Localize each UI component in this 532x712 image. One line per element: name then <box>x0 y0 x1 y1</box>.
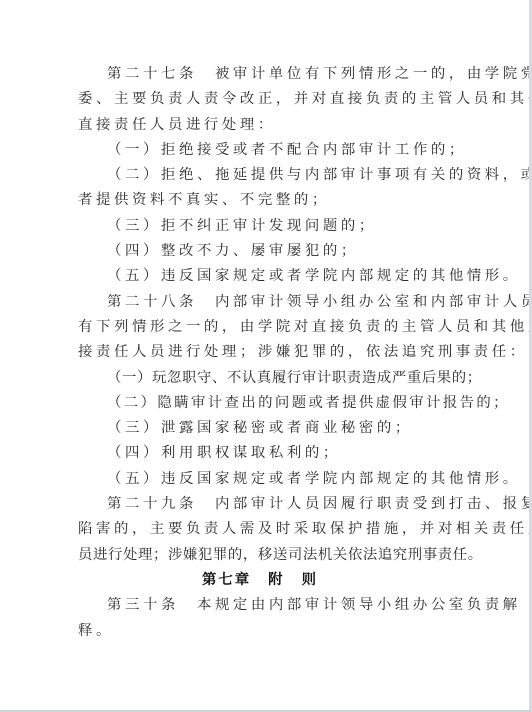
article-28-item-3: （三）泄露国家秘密或者商业秘密的； <box>78 416 450 441</box>
article-28-line-2: 有下列情形之一的，由学院对直接负责的主管人员和其他直 <box>78 315 450 340</box>
article-30-line-2: 释。 <box>78 619 450 644</box>
article-27-item-5: （五）违反国家规定或者学院内部规定的其他情形。 <box>78 264 450 289</box>
chapter-7-heading: 第七章 附 则 <box>78 568 450 593</box>
article-29-line-3: 员进行处理；涉嫌犯罪的，移送司法机关依法追究刑事责任。 <box>78 543 450 568</box>
article-27-item-4: （四）整改不力、屡审屡犯的； <box>78 239 450 264</box>
article-27-line-1: 第二十七条 被审计单位有下列情形之一的，由学院党 <box>78 62 450 87</box>
article-27-item-1: （一）拒绝接受或者不配合内部审计工作的； <box>78 138 450 163</box>
article-29-line-1: 第二十九条 内部审计人员因履行职责受到打击、报复、 <box>78 492 450 517</box>
article-27-item-3: （三）拒不纠正审计发现问题的； <box>78 214 450 239</box>
article-27-item-2-cont: 者提供资料不真实、不完整的； <box>78 188 450 213</box>
article-27-line-3: 直接责任人员进行处理： <box>78 113 450 138</box>
article-28-item-5: （五）违反国家规定或者学院内部规定的其他情形。 <box>78 467 450 492</box>
document-page: 第二十七条 被审计单位有下列情形之一的，由学院党 委、主要负责人责令改正，并对直… <box>0 0 529 710</box>
article-27-line-2: 委、主要负责人责令改正，并对直接负责的主管人员和其他 <box>78 87 450 112</box>
article-28-item-4: （四）利用职权谋取私利的； <box>78 441 450 466</box>
document-body: 第二十七条 被审计单位有下列情形之一的，由学院党 委、主要负责人责令改正，并对直… <box>78 62 450 644</box>
article-28-item-2: （二）隐瞒审计查出的问题或者提供虚假审计报告的； <box>78 391 450 416</box>
article-29-line-2: 陷害的，主要负责人需及时采取保护措施，并对相关责任人 <box>78 517 450 542</box>
article-28-line-3: 接责任人员进行处理；涉嫌犯罪的，依法追究刑事责任： <box>78 340 450 365</box>
article-27-item-2: （二）拒绝、拖延提供与内部审计事项有关的资料，或 <box>78 163 450 188</box>
article-28-item-1: （一）玩忽职守、不认真履行审计职责造成严重后果的； <box>78 366 450 391</box>
article-30-line-1: 第三十条 本规定由内部审计领导小组办公室负责解 <box>78 593 450 618</box>
article-28-line-1: 第二十八条 内部审计领导小组办公室和内部审计人员 <box>78 290 450 315</box>
